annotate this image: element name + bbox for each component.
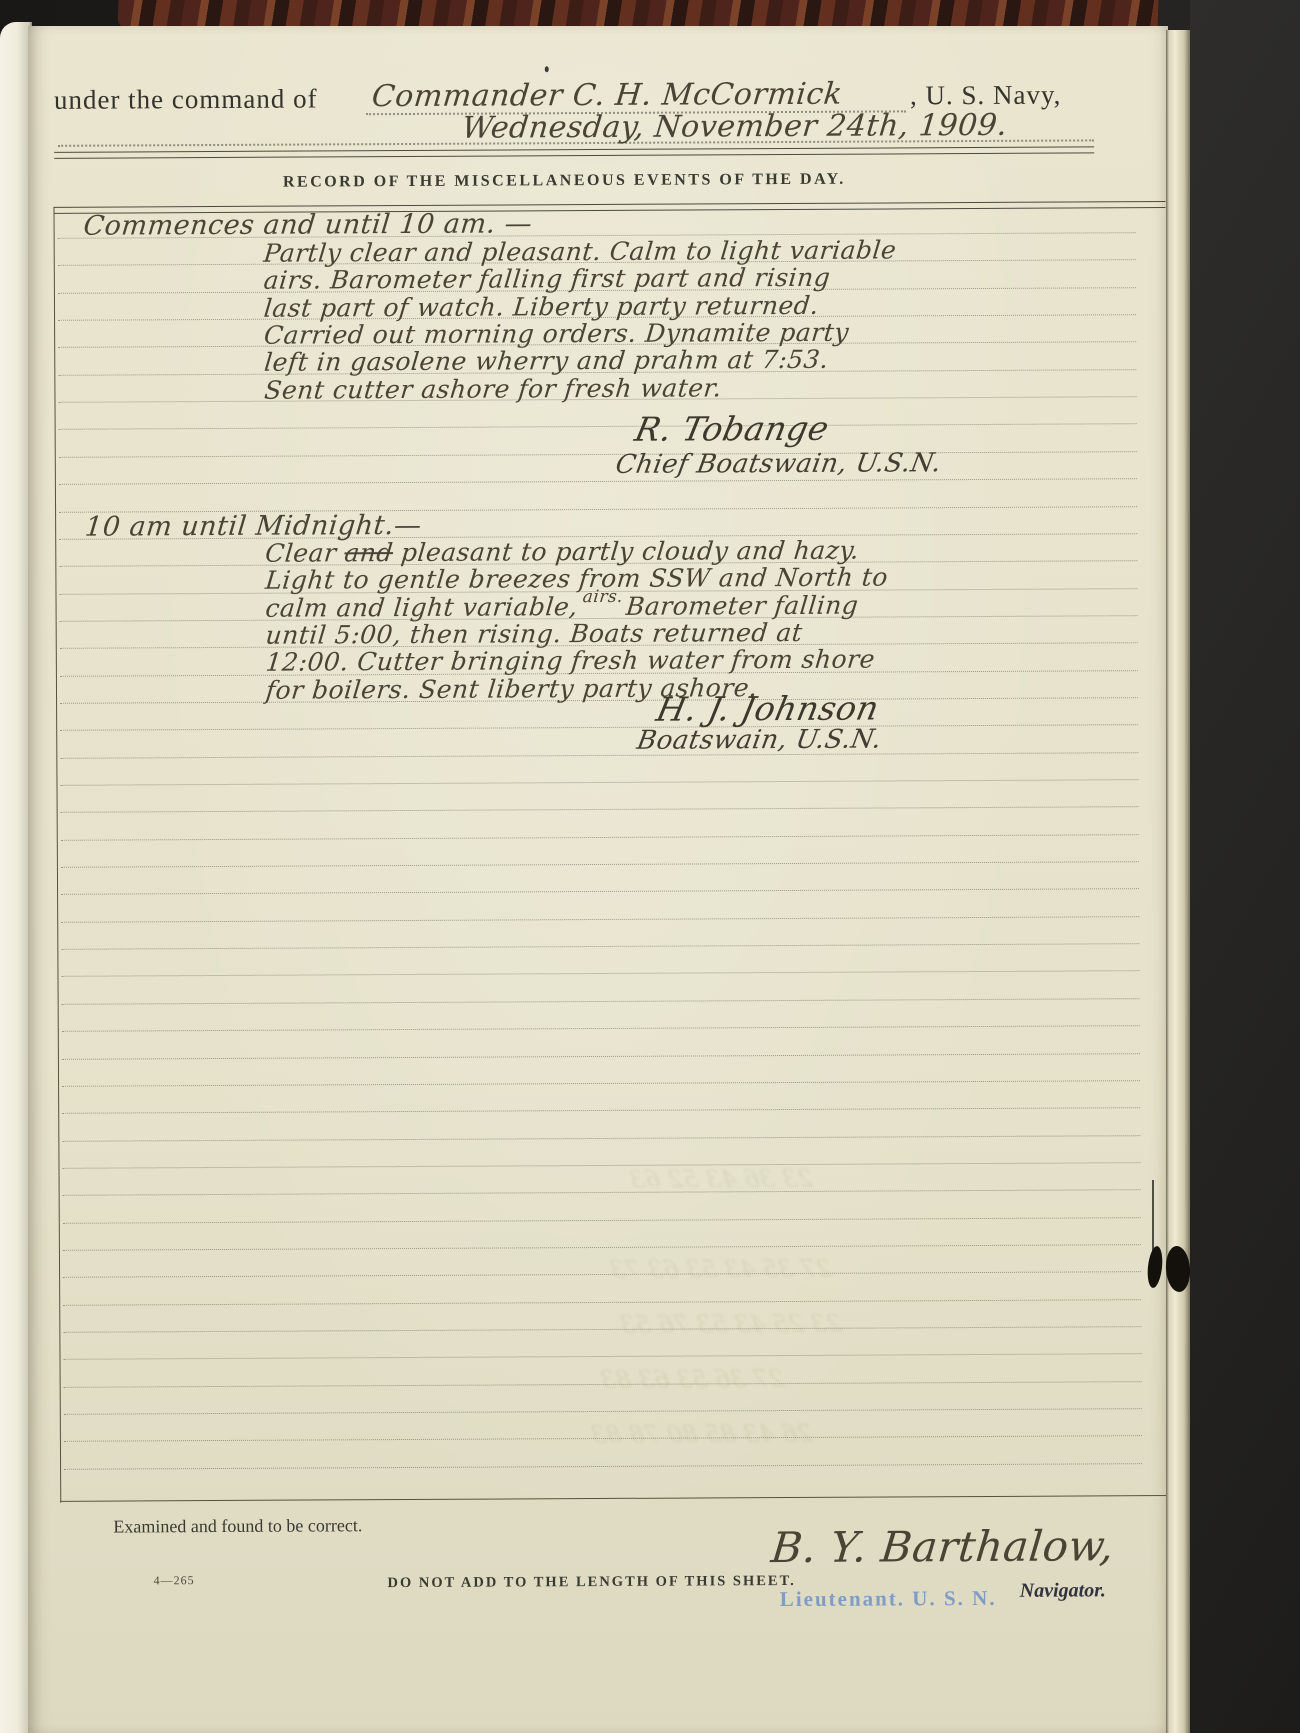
ruled-line xyxy=(64,1463,1142,1470)
ruled-line xyxy=(64,1354,1142,1361)
ruled-line xyxy=(62,1080,1140,1087)
entry2-line3-pre: calm and light variable, xyxy=(264,592,579,623)
ink-speck xyxy=(545,66,549,72)
logbook-page: under the command of Commander C. H. McC… xyxy=(28,26,1168,1733)
examined-note: Examined and found to be correct. xyxy=(113,1515,362,1537)
ruled-line xyxy=(63,1189,1141,1196)
ruled-line xyxy=(63,1326,1141,1333)
header-double-rule xyxy=(54,146,1094,158)
ruled-line xyxy=(63,1271,1141,1278)
entry2-line: 12:00. Cutter bringing fresh water from … xyxy=(264,645,876,677)
entry2-signature-title: Boatswain, U.S.N. xyxy=(635,725,884,756)
ruled-line xyxy=(60,752,1138,759)
ruled-line xyxy=(61,834,1139,841)
navy-suffix-label: , U. S. Navy, xyxy=(910,80,1062,112)
entry2-line3-post: Barometer falling xyxy=(625,591,860,621)
entry2-inserted-word: airs. xyxy=(582,587,624,607)
ruled-line xyxy=(61,861,1139,868)
ruled-line xyxy=(61,943,1139,950)
ruled-line xyxy=(63,1217,1141,1224)
bleed-through: 27 35 43 53 63 73 xyxy=(608,1255,833,1284)
navigator-label: Navigator. xyxy=(1020,1579,1106,1602)
ruled-line xyxy=(60,724,1138,731)
entry1-line: airs. Barometer falling first part and r… xyxy=(262,263,831,295)
entry1-line: left in gasolene wherry and prahm at 7:5… xyxy=(263,345,830,377)
form-number: 4—265 xyxy=(154,1573,195,1588)
ruled-line xyxy=(62,1135,1140,1142)
entry2-line1-pre: Clear xyxy=(264,538,338,567)
entry1-line: Sent cutter ashore for fresh water. xyxy=(263,373,723,404)
ruled-line xyxy=(62,998,1140,1005)
bleed-through: 27 36 53 63 83 xyxy=(599,1365,786,1394)
ruled-line xyxy=(61,916,1139,923)
page-edge-strip xyxy=(1166,30,1190,1733)
bleed-through: 26 43 85 80 78 83 xyxy=(589,1420,814,1449)
navigator-signature: B. Y. Barthalow, xyxy=(769,1521,1116,1572)
ruled-line xyxy=(63,1162,1141,1169)
bleed-through: 23 36 43 52 63 xyxy=(628,1165,815,1194)
ruled-line xyxy=(62,1053,1140,1060)
ruled-line xyxy=(63,1299,1141,1306)
scanned-logbook-photo: { "document": { "header": { "printed_pre… xyxy=(0,0,1300,1733)
ruled-line xyxy=(62,1025,1140,1032)
entry1-signature-title: Chief Boatswain, U.S.N. xyxy=(613,448,944,480)
bleed-through: 23 25 43 53 76 53 xyxy=(618,1310,843,1339)
ruled-line xyxy=(59,451,1137,458)
ruled-line xyxy=(60,779,1138,786)
ruled-line xyxy=(61,807,1139,814)
section-title: RECORD OF THE MISCELLANEOUS EVENTS OF TH… xyxy=(24,169,1104,193)
ruled-line xyxy=(62,1107,1140,1114)
ruled-line xyxy=(59,424,1137,431)
ruled-line xyxy=(61,889,1139,896)
entry1-signature: R. Tobange xyxy=(632,409,833,449)
entry2-signature: H. J. Johnson xyxy=(653,689,883,729)
command-prefix-label: under the command of xyxy=(54,83,318,115)
ruled-line xyxy=(64,1408,1142,1415)
ruled-line xyxy=(59,478,1137,485)
dark-backdrop xyxy=(1190,0,1300,1733)
rank-stamp: Lieutenant. U. S. N. xyxy=(780,1586,997,1612)
page-content: under the command of Commander C. H. McC… xyxy=(24,23,1173,1733)
entry2-struck-word: and xyxy=(343,538,394,567)
box-bottom-rule xyxy=(60,1495,1172,1502)
ruled-line xyxy=(61,971,1139,978)
entry2-line: Light to gentle breezes from SSW and Nor… xyxy=(264,562,889,594)
ruled-line xyxy=(63,1244,1141,1251)
